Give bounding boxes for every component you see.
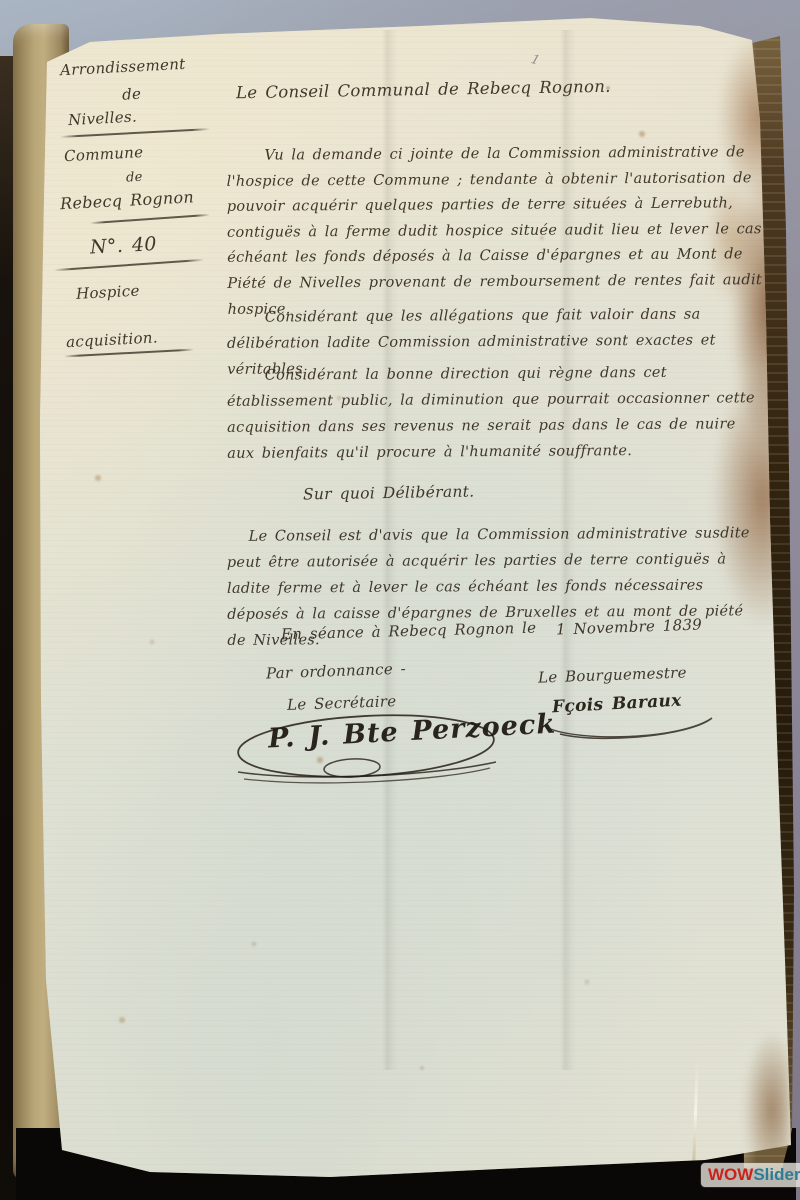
paragraph-considerant-2: Considérant la bonne direction qui règne… [227, 359, 765, 467]
paragraph-sur-quoi: Sur quoi Délibérant. [303, 482, 475, 503]
margin-commune: Commune [64, 138, 226, 166]
margin-nivelles: Nivelles. [68, 102, 226, 130]
margin-rebecq-rognon: Rebecq Rognon [60, 186, 226, 215]
margin-de-1: de [122, 79, 226, 104]
watermark-wow: WOW [708, 1165, 753, 1184]
manuscript-page: 1 Arrondissement de Nivelles. Commune de… [0, 0, 800, 1200]
margin-hospice: Hospice [76, 276, 226, 304]
watermark-slider: Slider [753, 1165, 800, 1184]
margin-rule-1 [60, 128, 210, 138]
margin-de-2: de [126, 163, 226, 188]
paragraph-demande: Vu la demande ci jointe de la Commission… [226, 140, 764, 323]
damp-stain-corner [700, 1020, 790, 1170]
margin-rule-2 [90, 214, 210, 224]
margin-note: Arrondissement de Nivelles. Commune de R… [60, 56, 225, 354]
margin-rule-3 [54, 259, 204, 271]
margin-number: N°. 40 [90, 230, 226, 257]
watermark-link[interactable]: WOWSlider [701, 1163, 800, 1187]
margin-arrondissement: Arrondissement [60, 52, 226, 81]
margin-acquisition: acquisition. [66, 324, 226, 352]
manuscript-photo: { "page_number": "1", "margin_note": { "… [0, 0, 800, 1200]
